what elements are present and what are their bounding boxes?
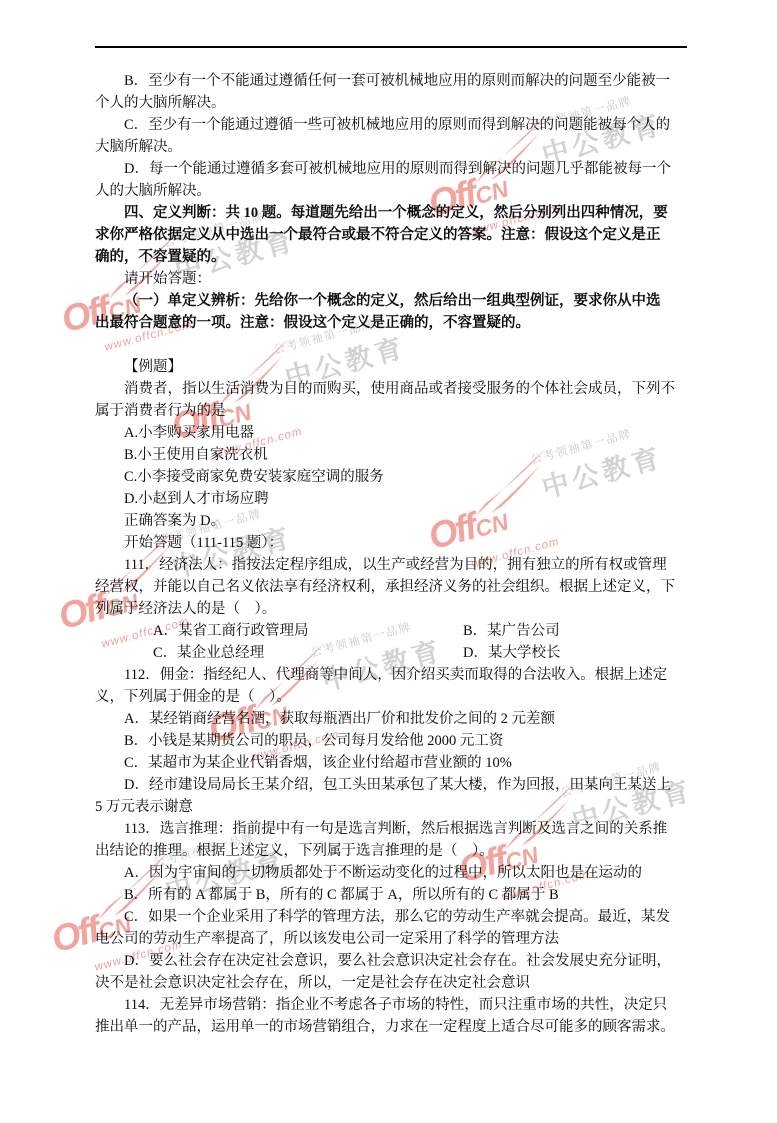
text-line: 请开始答题：	[95, 268, 689, 290]
text-line: 出结论的推理。根据上述定义，下列属于选言推理的是（ ）。	[95, 840, 689, 862]
text-line: 113．选言推理：指前提中有一句是选言判断，然后根据选言判断及选言之间的关系推	[95, 818, 689, 840]
text-line: B．所有的 A 都属于 B，所有的 C 都属于 A，所以所有的 C 都属于 B	[95, 884, 689, 906]
text-line: 决不是社会意识决定社会存在，所以，一定是社会存在决定社会意识	[95, 972, 689, 994]
text-line: B．至少有一个不能通过遵循任何一套可被机械地应用的原则而解决的问题至少能被一	[95, 70, 689, 92]
text-line: 人的大脑所解决。	[95, 180, 689, 202]
option-left: C．某企业总经理	[124, 642, 434, 664]
text-line: A.小李购买家用电器	[95, 422, 689, 444]
text-line: D．每一个能通过遵循多套可被机械地应用的原则而得到解决的问题几乎都能被每一个	[95, 158, 689, 180]
text-line: 电公司的劳动生产率提高了，所以该发电公司一定采用了科学的管理方法	[95, 928, 689, 950]
text-line: 四、定义判断：共 10 题。每道题先给出一个概念的定义，然后分别列出四种情况，要	[95, 202, 689, 224]
text-line: 消费者，指以生活消费为目的而购买，使用商品或者接受服务的个体社会成员，下列不	[95, 378, 689, 400]
document-body: B．至少有一个不能通过遵循任何一套可被机械地应用的原则而解决的问题至少能被一个人…	[95, 70, 689, 1038]
text-line: 【例题】	[95, 356, 689, 378]
text-line: 列属于经济法人的是（ ）。	[95, 598, 689, 620]
text-line: 出最符合题意的一项。注意：假设这个定义是正确的，不容置疑的。	[95, 312, 689, 334]
option-left: A．某省工商行政管理局	[124, 620, 434, 642]
text-line: 确的，不容置疑的。	[95, 246, 689, 268]
text-line: 111．经济法人：指按法定程序组成，以生产或经营为目的，拥有独立的所有权或管理	[95, 554, 689, 576]
text-line: C．如果一个企业采用了科学的管理方法，那么它的劳动生产率就会提高。最近，某发	[95, 906, 689, 928]
text-line: C．某企业总经理D．某大学校长	[95, 642, 689, 664]
text-line: 正确答案为 D。	[95, 510, 689, 532]
text-line: 开始答题（111-115 题）：	[95, 532, 689, 554]
text-line: 个人的大脑所解决。	[95, 92, 689, 114]
text-line: A．某经销商经营名酒，获取每瓶酒出厂价和批发价之间的 2 元差额	[95, 708, 689, 730]
text-line: A．某省工商行政管理局B．某广告公司	[95, 620, 689, 642]
text-line: 5 万元表示谢意	[95, 796, 689, 818]
text-line: D.小赵到人才市场应聘	[95, 488, 689, 510]
text-line: C.小李接受商家免费安装家庭空调的服务	[95, 466, 689, 488]
text-line: A．因为宇宙间的一切物质都处于不断运动变化的过程中，所以太阳也是在运动的	[95, 862, 689, 884]
text-line: 义，下列属于佣金的是（ ）。	[95, 686, 689, 708]
text-line: （一）单定义辨析：先给你一个概念的定义，然后给出一组典型例证，要求你从中选	[95, 290, 689, 312]
text-line: C．某超市为某企业代销香烟，该企业付给超市营业额的 10%	[95, 752, 689, 774]
text-line: 求你严格依据定义从中选出一个最符合或最不符合定义的答案。注意：假设这个定义是正	[95, 224, 689, 246]
document-page: 公考领袖第一品牌 中公教育 OffCN www.offcn.com 公考领袖第一…	[0, 0, 777, 1123]
text-line: 经营权，并能以自己名义依法享有经济权利，承担经济义务的社会组织。根据上述定义，下	[95, 576, 689, 598]
text-line: 114．无差异市场营销：指企业不考虑各子市场的特性，而只注重市场的共性，决定只	[95, 994, 689, 1016]
text-line: B．小钱是某期货公司的职员，公司每月发给他 2000 元工资	[95, 730, 689, 752]
option-right: D．某大学校长	[434, 642, 560, 664]
text-line: D．经市建设局局长王某介绍，包工头田某承包了某大楼，作为回报，田某向王某送上	[95, 774, 689, 796]
option-right: B．某广告公司	[434, 620, 560, 642]
text-line: C．至少有一个能通过遵循一些可被机械地应用的原则而得到解决的问题能被每个人的	[95, 114, 689, 136]
text-line: B.小王使用自家洗衣机	[95, 444, 689, 466]
top-rule	[95, 46, 687, 48]
blank-line	[95, 334, 689, 356]
text-line: 大脑所解决。	[95, 136, 689, 158]
text-line: 属于消费者行为的是	[95, 400, 689, 422]
text-line: 推出单一的产品，运用单一的市场营销组合，力求在一定程度上适合尽可能多的顾客需求。	[95, 1016, 689, 1038]
text-line: 112．佣金：指经纪人、代理商等中间人，因介绍买卖而取得的合法收入。根据上述定	[95, 664, 689, 686]
text-line: D．要么社会存在决定社会意识，要么社会意识决定社会存在。社会发展史充分证明，	[95, 950, 689, 972]
